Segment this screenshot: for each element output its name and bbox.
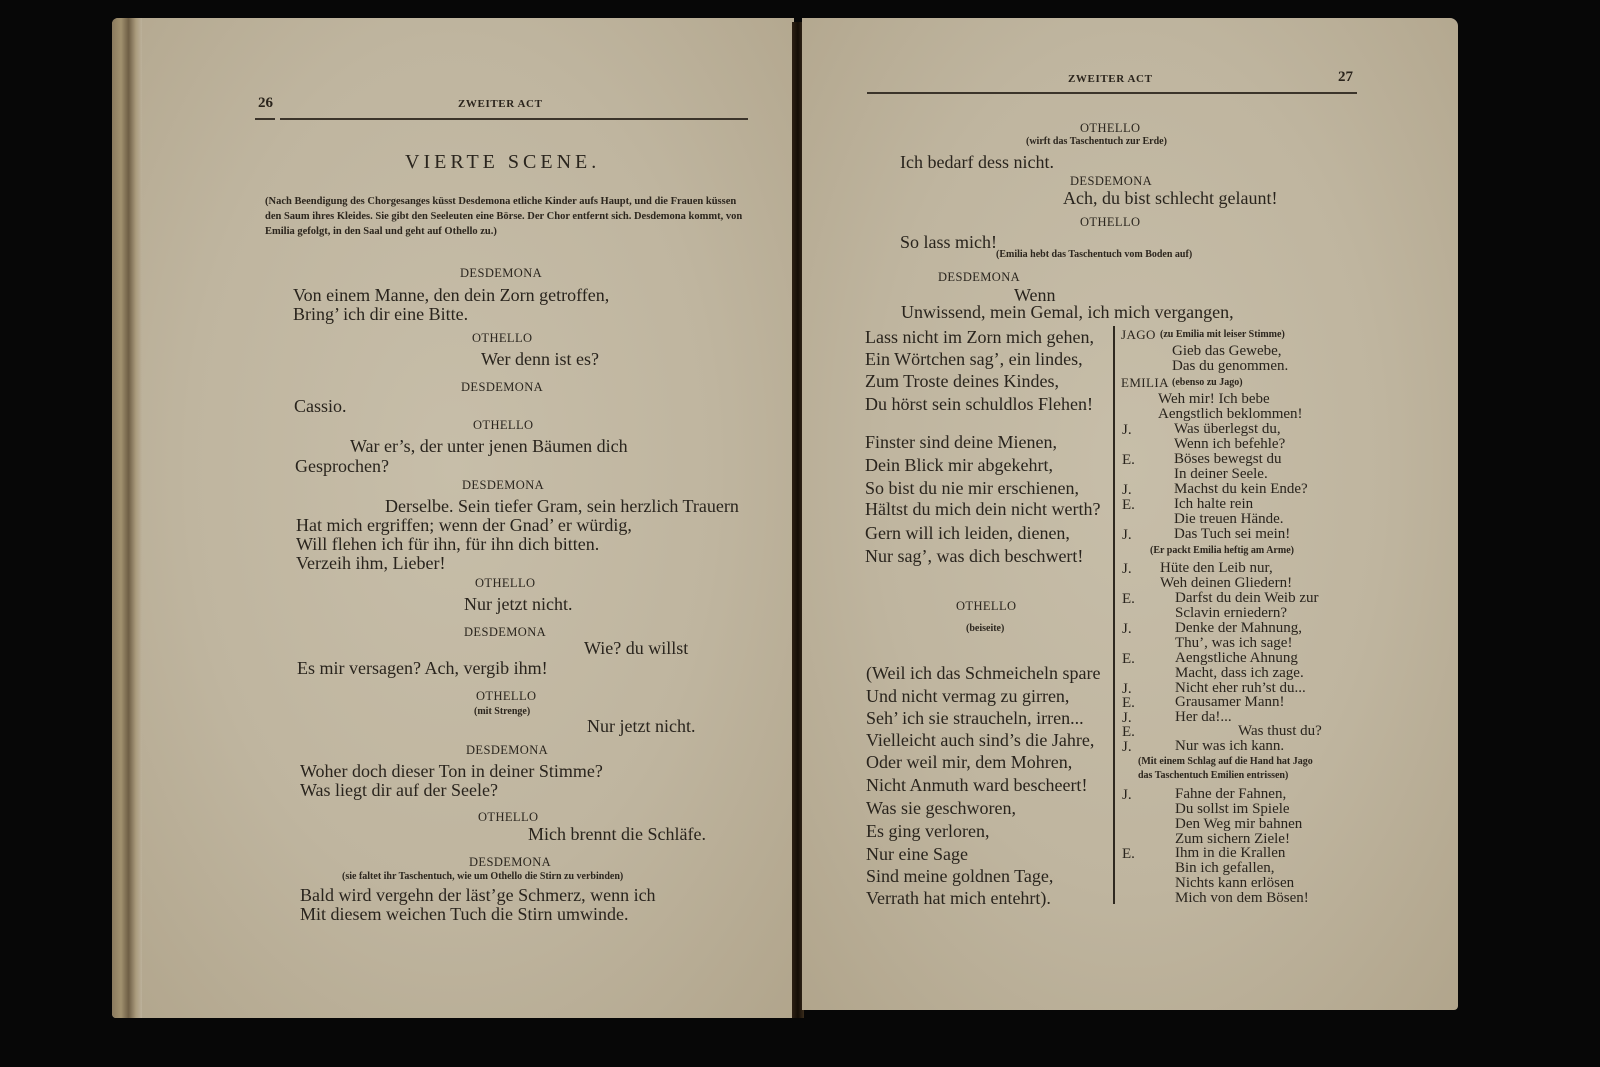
stage-direction: (mit Strenge) bbox=[474, 706, 530, 717]
speaker-mark: J. bbox=[1122, 527, 1132, 544]
speaker-label: OTHELLO bbox=[1080, 215, 1140, 230]
verse-line: Das Tuch sei mein! bbox=[1174, 526, 1290, 543]
header-rule bbox=[867, 92, 1357, 94]
verse-line: Finster sind deine Mienen, bbox=[865, 433, 1057, 451]
speaker-label-emilia: EMILIA bbox=[1121, 375, 1169, 391]
verse-line: Oder weil mir, dem Mohren, bbox=[866, 753, 1072, 771]
stage-direction: (zu Emilia mit leiser Stimme) bbox=[1160, 329, 1285, 340]
header-rule bbox=[255, 118, 275, 120]
verse-line: Nicht Anmuth ward bescheert! bbox=[866, 776, 1087, 794]
stage-direction: (ebenso zu Jago) bbox=[1172, 377, 1243, 388]
verse-line: Zum Troste deines Kindes, bbox=[865, 372, 1059, 390]
verse-line: Ein Wörtchen sag’, ein lindes, bbox=[865, 350, 1083, 368]
verse-line: Mich von dem Bösen! bbox=[1175, 890, 1309, 907]
speaker-label: OTHELLO bbox=[472, 331, 532, 346]
verse-line: Gesprochen? bbox=[295, 457, 389, 475]
speaker-mark: J. bbox=[1122, 787, 1132, 804]
running-head-left: ZWEITER ACT bbox=[458, 98, 543, 110]
verse-line: Vielleicht auch sind’s die Jahre, bbox=[866, 731, 1094, 749]
page-number-right: 27 bbox=[1338, 69, 1353, 86]
verse-line: Es ging verloren, bbox=[866, 822, 989, 840]
verse-line: Nur eine Sage bbox=[866, 845, 968, 863]
verse-line: Es mir versagen? Ach, vergib ihm! bbox=[297, 659, 548, 677]
page-stack-edge bbox=[112, 18, 142, 1018]
verse-line: Was liegt dir auf der Seele? bbox=[300, 781, 498, 799]
verse-line: Hat mich ergriffen; wenn der Gnad’ er wü… bbox=[296, 516, 632, 534]
speaker-mark: E. bbox=[1122, 452, 1135, 469]
verse-line: Gern will ich leiden, dienen, bbox=[865, 524, 1070, 542]
stage-direction: (Mit einem Schlag auf die Hand hat Jago bbox=[1138, 756, 1313, 767]
speaker-mark: E. bbox=[1122, 846, 1135, 863]
speaker-label-jago: JAGO bbox=[1121, 327, 1156, 343]
verse-line: Mit diesem weichen Tuch die Stirn umwind… bbox=[300, 905, 628, 923]
stage-direction: das Taschentuch Emilien entrissen) bbox=[1138, 770, 1288, 781]
speaker-mark: J. bbox=[1122, 739, 1132, 756]
verse-line: Du hörst sein schuldlos Flehen! bbox=[865, 395, 1093, 413]
verse-line: Mich brennt die Schläfe. bbox=[528, 825, 706, 843]
page-number-left: 26 bbox=[258, 95, 273, 112]
verse-line: Sind meine goldnen Tage, bbox=[866, 867, 1053, 885]
speaker-mark: E. bbox=[1122, 497, 1135, 514]
speaker-label: DESDEMONA bbox=[938, 270, 1020, 285]
stage-direction: (Emilia hebt das Taschentuch vom Boden a… bbox=[996, 249, 1192, 260]
verse-line: Verrath hat mich entehrt). bbox=[866, 889, 1051, 907]
verse-line: Das du genommen. bbox=[1172, 358, 1288, 375]
speaker-label: OTHELLO bbox=[478, 810, 538, 825]
verse-line: So bist du nie mir erschienen, bbox=[865, 479, 1079, 497]
speaker-label: OTHELLO bbox=[476, 689, 536, 704]
verse-line: So lass mich! bbox=[900, 233, 997, 251]
speaker-mark: J. bbox=[1122, 561, 1132, 578]
stage-direction: (wirft das Taschentuch zur Erde) bbox=[1026, 136, 1167, 147]
speaker-label: DESDEMONA bbox=[462, 478, 544, 493]
verse-line: Will flehen ich für ihn, für ihn dich bi… bbox=[296, 535, 599, 553]
stage-direction: (sie faltet ihr Taschentuch, wie um Othe… bbox=[342, 871, 623, 882]
verse-line: Ach, du bist schlecht gelaunt! bbox=[1063, 189, 1277, 207]
verse-line: Woher doch dieser Ton in deiner Stimme? bbox=[300, 762, 603, 780]
verse-line: Was sie geschworen, bbox=[866, 799, 1016, 817]
verse-line: Nur jetzt nicht. bbox=[464, 595, 572, 613]
verse-line: Derselbe. Sein tiefer Gram, sein herzlic… bbox=[385, 497, 739, 515]
stage-direction: (beiseite) bbox=[966, 623, 1004, 634]
verse-line: Lass nicht im Zorn mich gehen, bbox=[865, 328, 1094, 346]
verse-line: Nur was ich kann. bbox=[1175, 738, 1284, 755]
verse-line: Nur jetzt nicht. bbox=[587, 717, 695, 735]
speaker-mark: E. bbox=[1122, 591, 1135, 608]
verse-line: (Weil ich das Schmeicheln spare bbox=[866, 664, 1100, 682]
speaker-label: OTHELLO bbox=[475, 576, 535, 591]
speaker-mark: E. bbox=[1122, 651, 1135, 668]
verse-line: Hältst du mich dein nicht werth? bbox=[865, 500, 1100, 518]
verse-line: Wie? du willst bbox=[584, 639, 688, 657]
stage-direction: (Er packt Emilia heftig am Arme) bbox=[1150, 545, 1294, 556]
speaker-label: DESDEMONA bbox=[461, 380, 543, 395]
verse-line: War er’s, der unter jenen Bäumen dich bbox=[350, 437, 628, 455]
verse-line: Nur sag’, was dich beschwert! bbox=[865, 547, 1083, 565]
speaker-label: DESDEMONA bbox=[469, 855, 551, 870]
speaker-label: DESDEMONA bbox=[460, 266, 542, 281]
speaker-label: OTHELLO bbox=[1080, 121, 1140, 136]
speaker-label: DESDEMONA bbox=[464, 625, 546, 640]
speaker-label: DESDEMONA bbox=[1070, 174, 1152, 189]
verse-line: Und nicht vermag zu girren, bbox=[866, 687, 1069, 705]
verse-line: Verzeih ihm, Lieber! bbox=[296, 554, 445, 572]
column-divider bbox=[1113, 326, 1115, 904]
running-head-right: ZWEITER ACT bbox=[1068, 73, 1153, 85]
verse-line: Von einem Manne, den dein Zorn getroffen… bbox=[293, 286, 609, 304]
speaker-label: OTHELLO bbox=[473, 418, 533, 433]
verse-line: Bring’ ich dir eine Bitte. bbox=[293, 305, 468, 323]
verse-line: Ich bedarf dess nicht. bbox=[900, 153, 1054, 171]
verse-line: Dein Blick mir abgekehrt, bbox=[865, 456, 1053, 474]
speaker-label: OTHELLO bbox=[956, 599, 1016, 614]
verse-line: Cassio. bbox=[294, 397, 347, 415]
speaker-mark: J. bbox=[1122, 621, 1132, 638]
verse-line: Wer denn ist es? bbox=[481, 350, 599, 368]
verse-line: Unwissend, mein Gemal, ich mich vergange… bbox=[901, 303, 1234, 321]
open-book: 26 ZWEITER ACT VIERTE SCENE. (Nach Beend… bbox=[0, 0, 1600, 1067]
verse-line: Her da!... bbox=[1175, 709, 1232, 726]
speaker-label: DESDEMONA bbox=[466, 743, 548, 758]
scene-title: VIERTE SCENE. bbox=[405, 151, 600, 174]
verse-line: Seh’ ich sie straucheln, irren... bbox=[866, 709, 1084, 727]
verse-line: Bald wird vergehn der läst’ge Schmerz, w… bbox=[300, 886, 656, 904]
stage-direction: (Nach Beendigung des Chorgesanges küsst … bbox=[265, 194, 743, 239]
header-rule bbox=[280, 118, 748, 120]
speaker-mark: J. bbox=[1122, 422, 1132, 439]
